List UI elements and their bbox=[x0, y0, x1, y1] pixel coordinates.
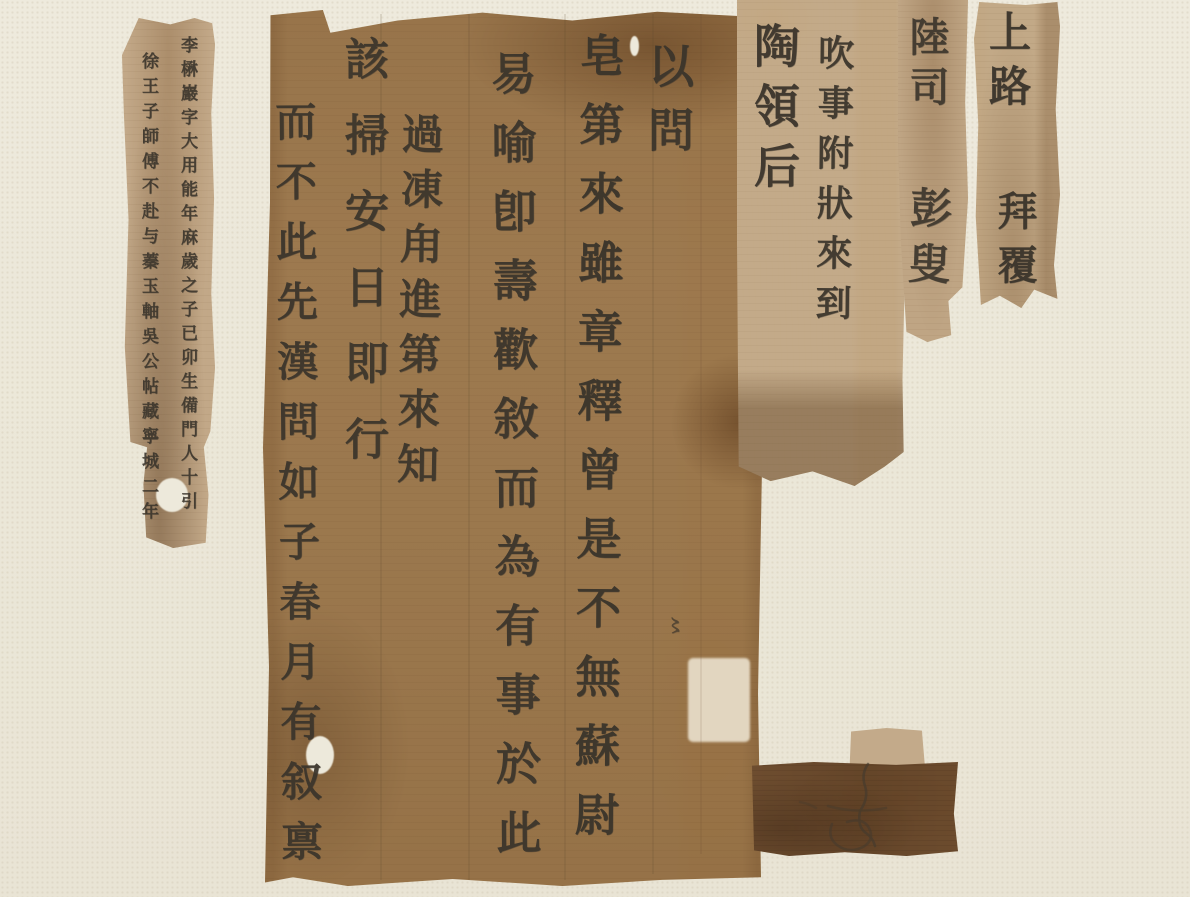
manuscript-photo: 上路 拜覆 陸司 彭叟 吹事附狀來到 陶領后 以問 皂第來雖章釋曾是不無蘇尉 〻… bbox=[0, 0, 1190, 897]
colophon-column-right: 李楙巖字大用能年麻歲之子已卯生備門人十引 bbox=[178, 36, 195, 516]
colophon-column-left: 徐王子師傅不赴与蓁玉軸吳公帖藏寧城二年 bbox=[139, 52, 156, 527]
signature-flourish bbox=[780, 758, 920, 858]
right-strip-column-left: 陶領后 bbox=[751, 22, 797, 202]
paper-fleck bbox=[630, 36, 639, 56]
colophon-paper-strip bbox=[122, 18, 215, 548]
right-strip-column-right: 吹事附狀來到 bbox=[813, 34, 852, 334]
greeting-column-top: 上路 bbox=[986, 10, 1028, 118]
small-strip-column-bottom: 彭叟 bbox=[904, 185, 950, 298]
main-column-6: 而不此先漢問如子春月有叙禀 bbox=[271, 100, 319, 880]
main-column-2: 皂第來雖章釋曾是不無蘇尉 bbox=[570, 32, 621, 860]
main-column-3: 易喻卽壽歡敘而為有事於此 bbox=[487, 50, 538, 878]
fold-seam bbox=[564, 14, 566, 880]
main-column-5: 該掃安日即行 bbox=[340, 36, 384, 492]
main-column-1: 以問 bbox=[645, 42, 691, 170]
fold-seam bbox=[700, 14, 702, 854]
greeting-column-bottom: 拜覆 bbox=[994, 190, 1034, 298]
backing-show-through bbox=[688, 658, 750, 742]
main-column-4: 過凍甪進第來知 bbox=[394, 112, 441, 498]
fold-seam bbox=[468, 14, 470, 880]
repetition-mark: 〻 bbox=[664, 616, 682, 638]
small-strip-column-top: 陸司 bbox=[906, 16, 946, 116]
